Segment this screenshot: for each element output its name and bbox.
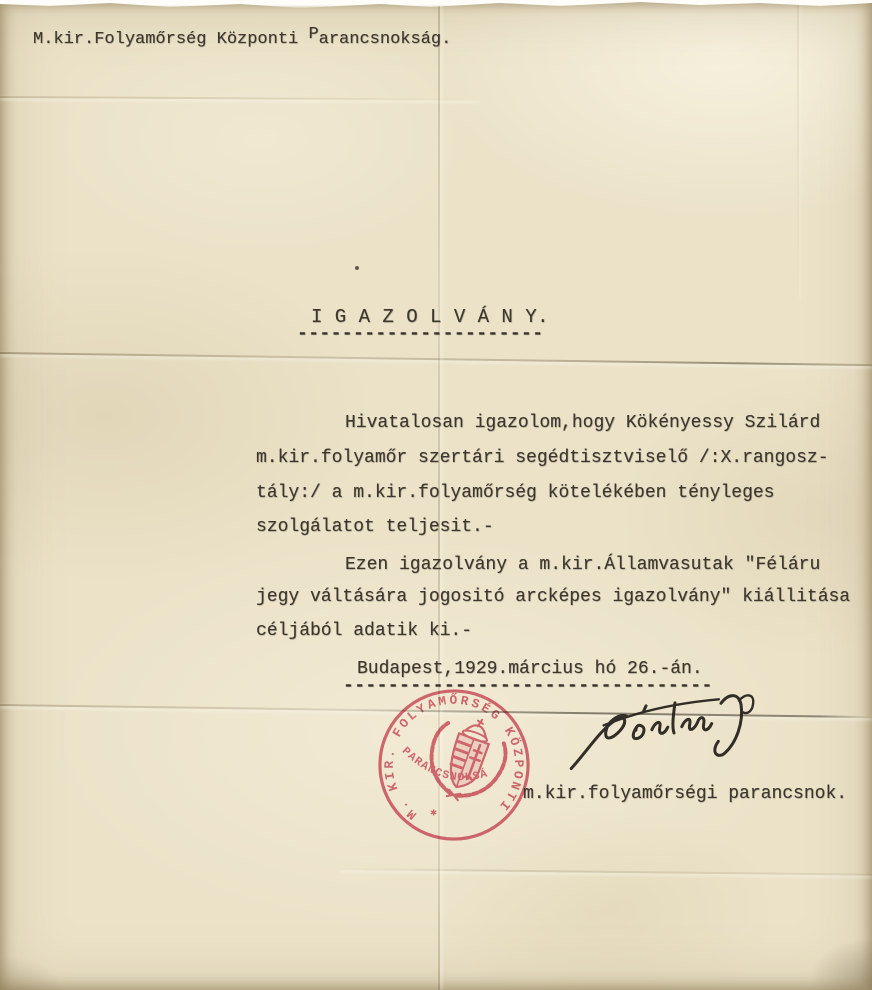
letterhead: M.kir.Folyamőrség Központi Parancsnokság… [33,30,451,49]
fold-crease-horizontal-middle [0,352,872,366]
signature-title: m.kir.folyamőrségi parancsnok. [523,784,847,804]
fold-crease-horizontal-bottom [340,868,872,876]
body-line: m.kir.folyamőr szertári segédtisztviselő… [256,448,829,468]
body-line: tály:/ a m.kir.folyamőrség kötelékében t… [256,483,774,503]
fold-crease-vertical-right [797,0,799,300]
title-underline: ---------------------- [297,324,543,344]
letterhead-text: M.kir.Folyamőrség Központi [33,30,308,49]
scanned-document: { "document": { "letterhead": { "prefix"… [0,0,872,990]
torn-paper-edge [0,0,872,9]
document-page: M.kir.Folyamőrség Központi Parancsnokság… [0,0,872,990]
fold-crease-horizontal-top [0,96,480,101]
body-line: jegy váltására jogositó arcképes igazolv… [256,587,850,607]
body-line: céljából adatik ki.- [256,621,472,641]
stamp-star-icon: ✱ [430,807,437,819]
body-line: Hivatalosan igazolom,hogy Kökényessy Szi… [345,413,820,433]
letterhead-text-suffix: arancsnokság. [319,30,452,49]
handwritten-signature [550,679,793,787]
ink-speck [355,266,359,270]
body-line: szolgálatot teljesit.- [256,517,494,537]
official-stamp: M. KIR. FOLYAMŐRSÉG KÖZPONTI PARANCSNOKS… [375,686,533,844]
letterhead-superscript: P [308,25,318,44]
body-line: Ezen igazolvány a m.kir.Államvasutak "Fé… [345,555,820,575]
